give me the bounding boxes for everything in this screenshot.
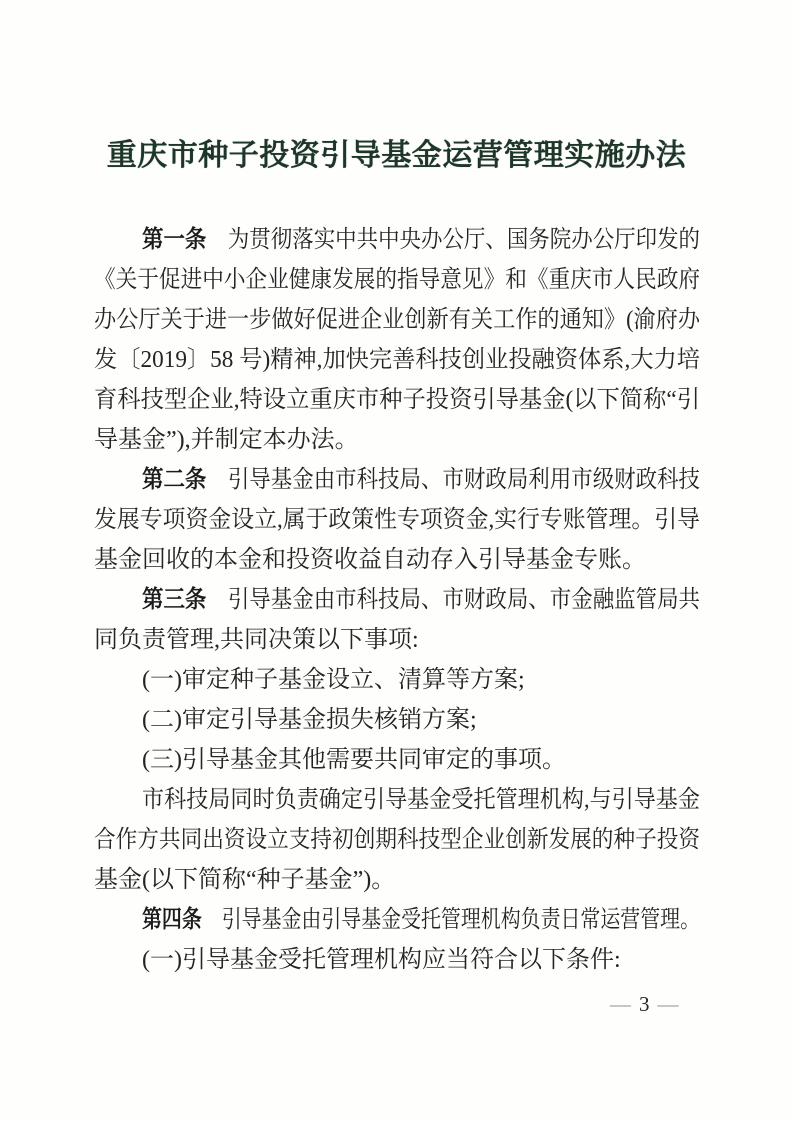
body-line: 基金回收的本金和投资收益自动存入引导基金专账。 [94,540,700,580]
body-line: 发〔2019〕58 号)精神,加快完善科技创业投融资体系,大力培 [94,340,700,380]
article-number: 第一条 [142,227,206,253]
body-line: 育科技型企业,特设立重庆市种子投资引导基金(以下简称“引 [94,380,700,420]
article-number: 第三条 [142,587,206,613]
page-number-value: 3 [639,992,652,1016]
document-title: 重庆市种子投资引导基金运营管理实施办法 [0,130,793,174]
page-number-right-dash: — [652,992,687,1016]
body-line: 《关于促进中小企业健康发展的指导意见》和《重庆市人民政府 [94,260,700,300]
body-line: 基金(以下简称“种子基金”)。 [94,860,700,900]
body-line: (一)引导基金受托管理机构应当符合以下条件: [94,940,700,980]
document-body: 第一条 为贯彻落实中共中央办公厅、国务院办公厅印发的《关于促进中小企业健康发展的… [94,220,700,980]
article-number: 第二条 [142,467,206,493]
page-number: —3— [604,992,687,1017]
body-line: (三)引导基金其他需要共同审定的事项。 [94,740,700,780]
scanned-document-page: 重庆市种子投资引导基金运营管理实施办法 第一条 为贯彻落实中共中央办公厅、国务院… [0,0,793,1122]
body-line: 办公厅关于进一步做好促进企业创新有关工作的通知》(渝府办 [94,300,700,340]
body-line: (二)审定引导基金损失核销方案; [94,700,700,740]
body-line: 第二条 引导基金由市科技局、市财政局利用市级财政科技 [94,460,700,500]
page-number-left-dash: — [604,992,639,1016]
body-line: 导基金”),并制定本办法。 [94,420,700,460]
article-number: 第四条 [142,907,202,933]
body-line: 合作方共同出资设立支持初创期科技型企业创新发展的种子投资 [94,820,700,860]
body-line: 第一条 为贯彻落实中共中央办公厅、国务院办公厅印发的 [94,220,700,260]
body-line: 市科技局同时负责确定引导基金受托管理机构,与引导基金 [94,780,700,820]
body-line: 同负责管理,共同决策以下事项: [94,620,700,660]
body-line: (一)审定种子基金设立、清算等方案; [94,660,700,700]
body-line: 第三条 引导基金由市科技局、市财政局、市金融监管局共 [94,580,700,620]
body-line: 第四条 引导基金由引导基金受托管理机构负责日常运营管理。 [94,900,700,940]
body-line: 发展专项资金设立,属于政策性专项资金,实行专账管理。引导 [94,500,700,540]
